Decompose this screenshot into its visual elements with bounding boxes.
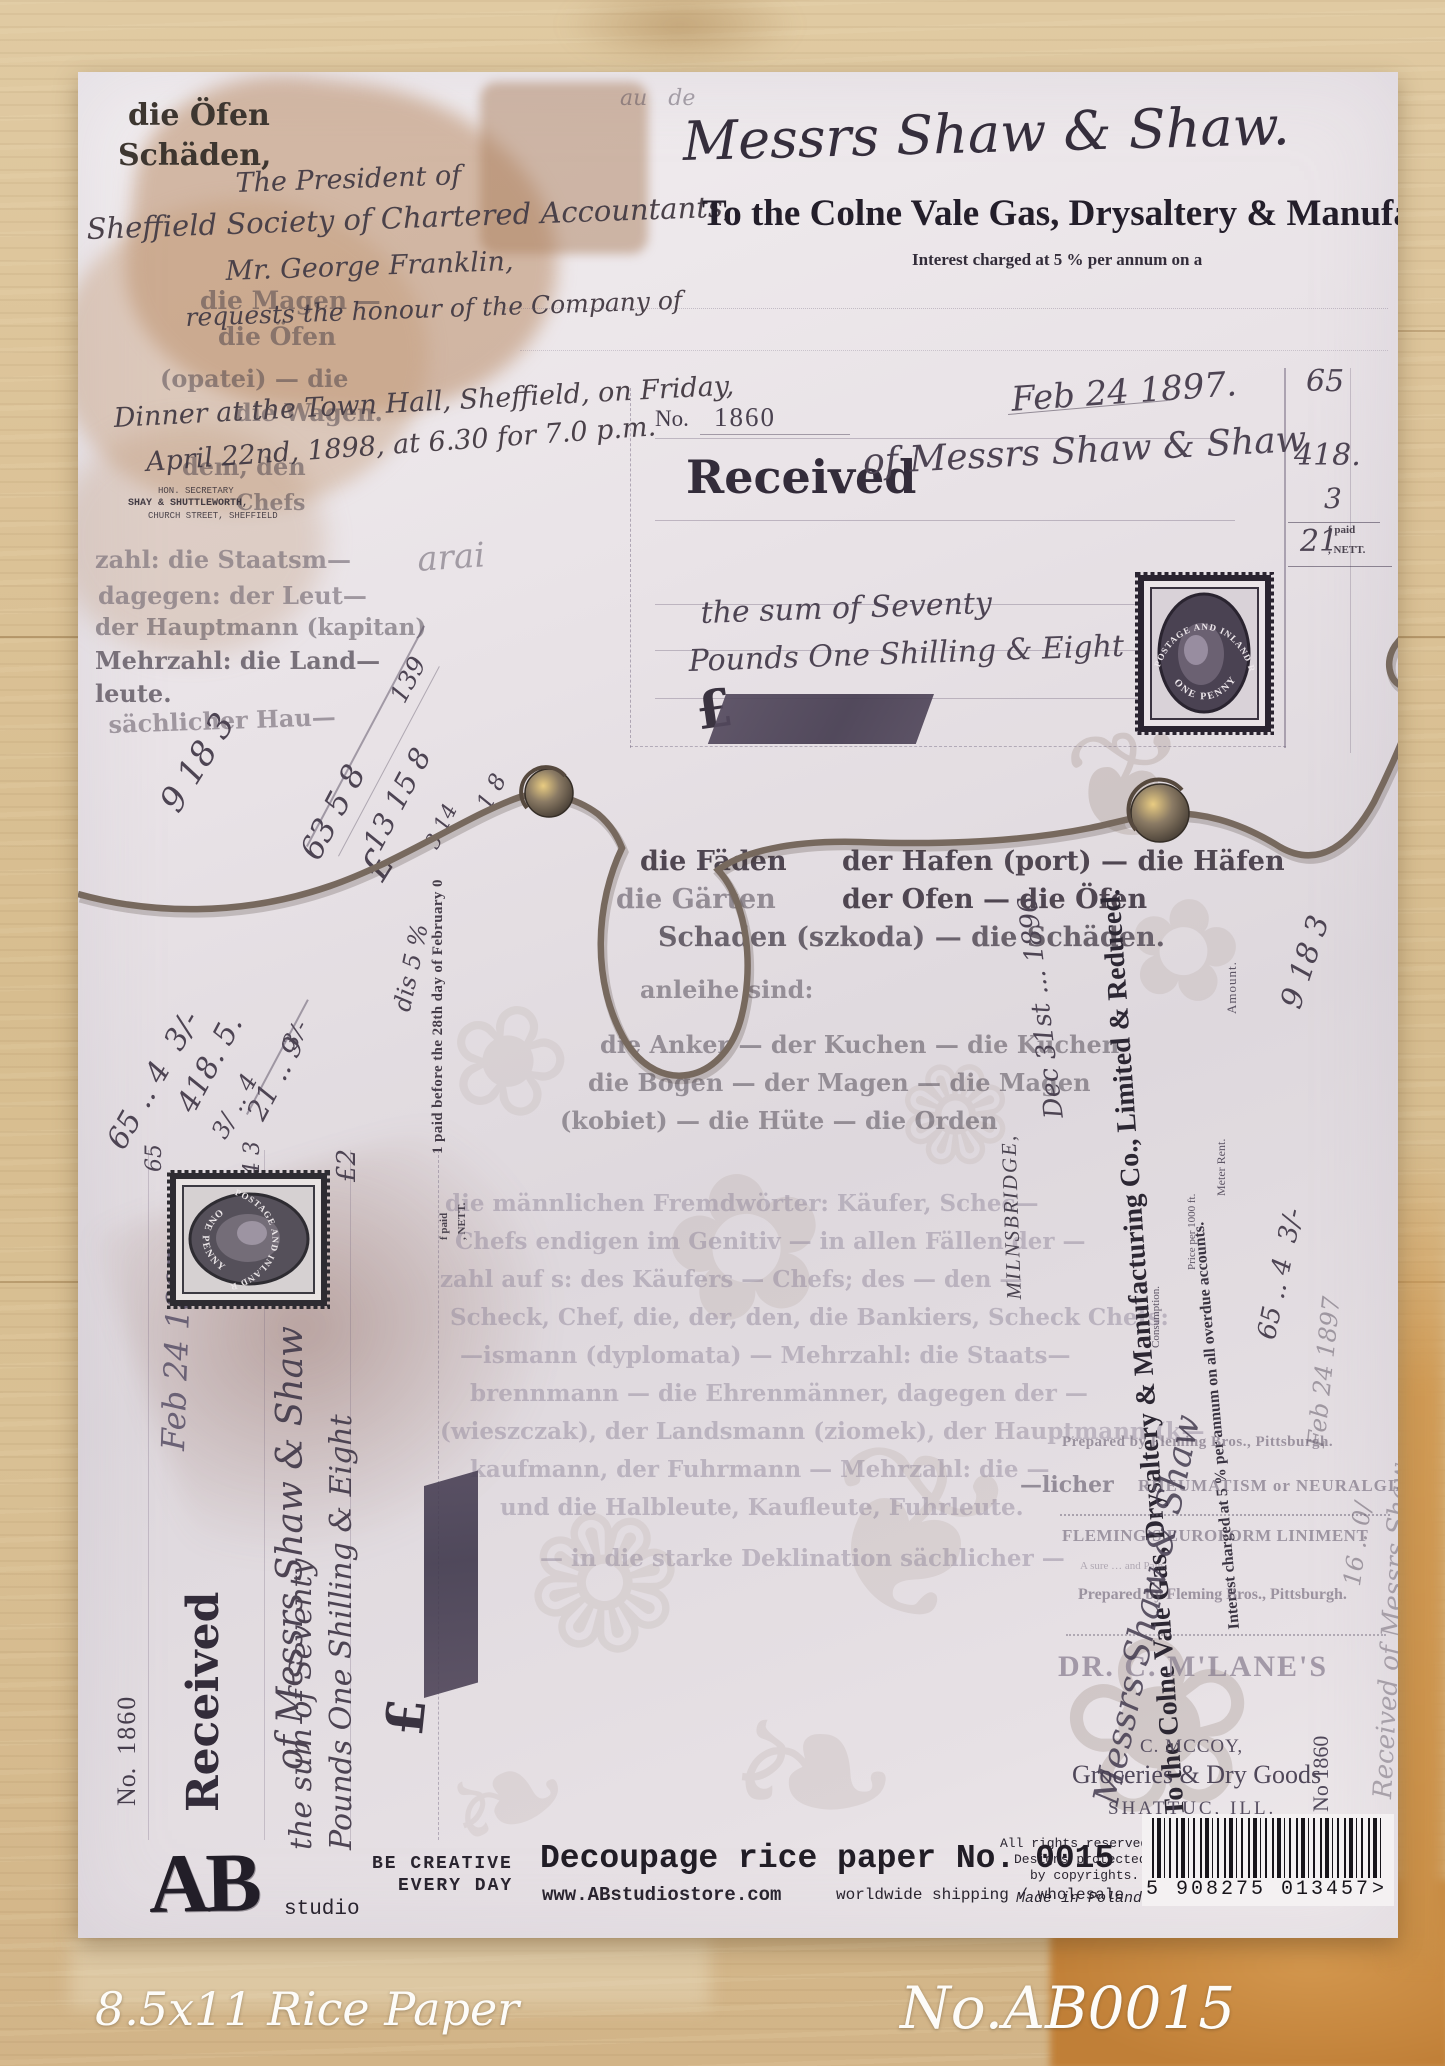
caption-size: 8.5x11 Rice Paper (95, 1982, 519, 2036)
product-photo: ❀ ✿ ❦ ❁ ❧ ❀ ✿ ❦ ❁ ❧ die Öfen Schäden, Th… (0, 0, 1445, 2066)
brass-ball-right (1131, 784, 1189, 842)
caption-sku: No.AB0015 (900, 1974, 1235, 2042)
paper-collage: ❀ ✿ ❦ ❁ ❧ ❀ ✿ ❦ ❁ ❧ die Öfen Schäden, Th… (0, 0, 1445, 2066)
wood-orange-edge (1392, 1140, 1445, 1960)
string-thread (0, 0, 1445, 2066)
wood-stain (560, 0, 800, 70)
brass-ball-left (525, 769, 573, 817)
